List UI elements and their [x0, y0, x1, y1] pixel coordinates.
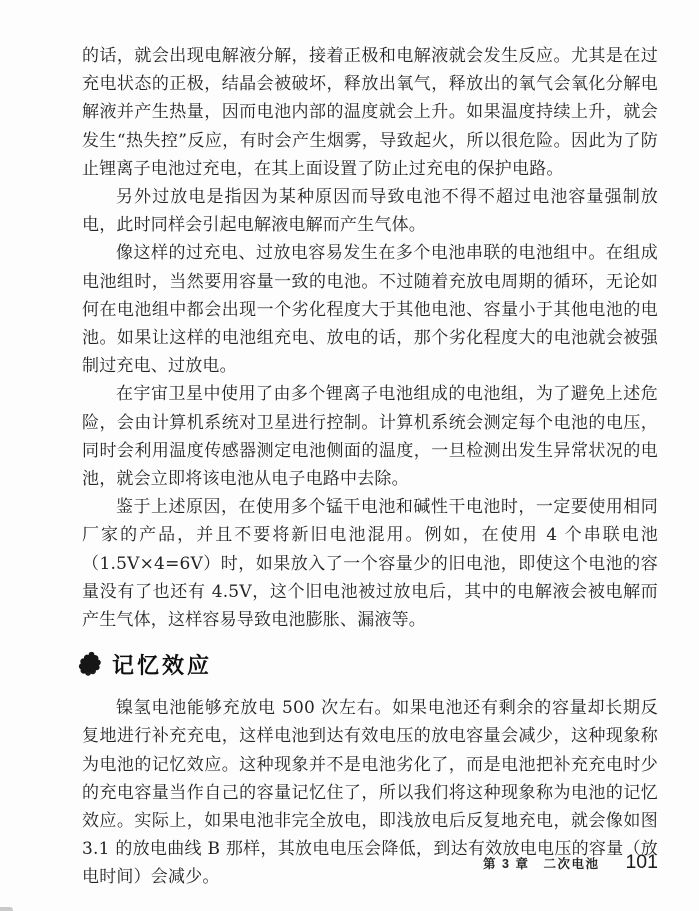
footer-page-number: 101: [625, 851, 658, 874]
page-footer: 第 3 章 二次电池 101: [483, 851, 658, 874]
text-block: 的话，就会出现电解液分解，接着正极和电解液就会发生反应。尤其是在过充电状态的正极…: [82, 42, 658, 892]
section-title: 记忆效应: [112, 649, 212, 680]
paragraph-satellite: 在宇宙卫星中使用了由多个锂离子电池组成的电池组，为了避免上述危险，会由计算机系统…: [82, 380, 658, 493]
section-heading: 记忆效应: [78, 649, 658, 680]
book-page: 的话，就会出现电解液分解，接着正极和电解液就会发生反应。尤其是在过充电状态的正极…: [0, 0, 699, 911]
paragraph-overdischarge: 另外过放电是指因为某种原因而导致电池不得不超过电池容量强制放电，此时同样会引起电…: [82, 183, 658, 239]
ink-blot-icon: [78, 651, 103, 678]
footer-chapter-label: 第 3 章 二次电池: [483, 854, 599, 872]
paragraph-overcharge-continuation: 的话，就会出现电解液分解，接着正极和电解液就会发生反应。尤其是在过充电状态的正极…: [82, 42, 658, 183]
paragraph-dry-cell-mixing: 鉴于上述原因，在使用多个锰干电池和碱性干电池时，一定要使用相同厂家的产品，并且不…: [82, 493, 658, 634]
paragraph-battery-pack: 像这样的过充电、过放电容易发生在多个电池串联的电池组中。在组成电池组时，当然要用…: [82, 239, 658, 380]
scan-artifact: [0, 907, 13, 911]
